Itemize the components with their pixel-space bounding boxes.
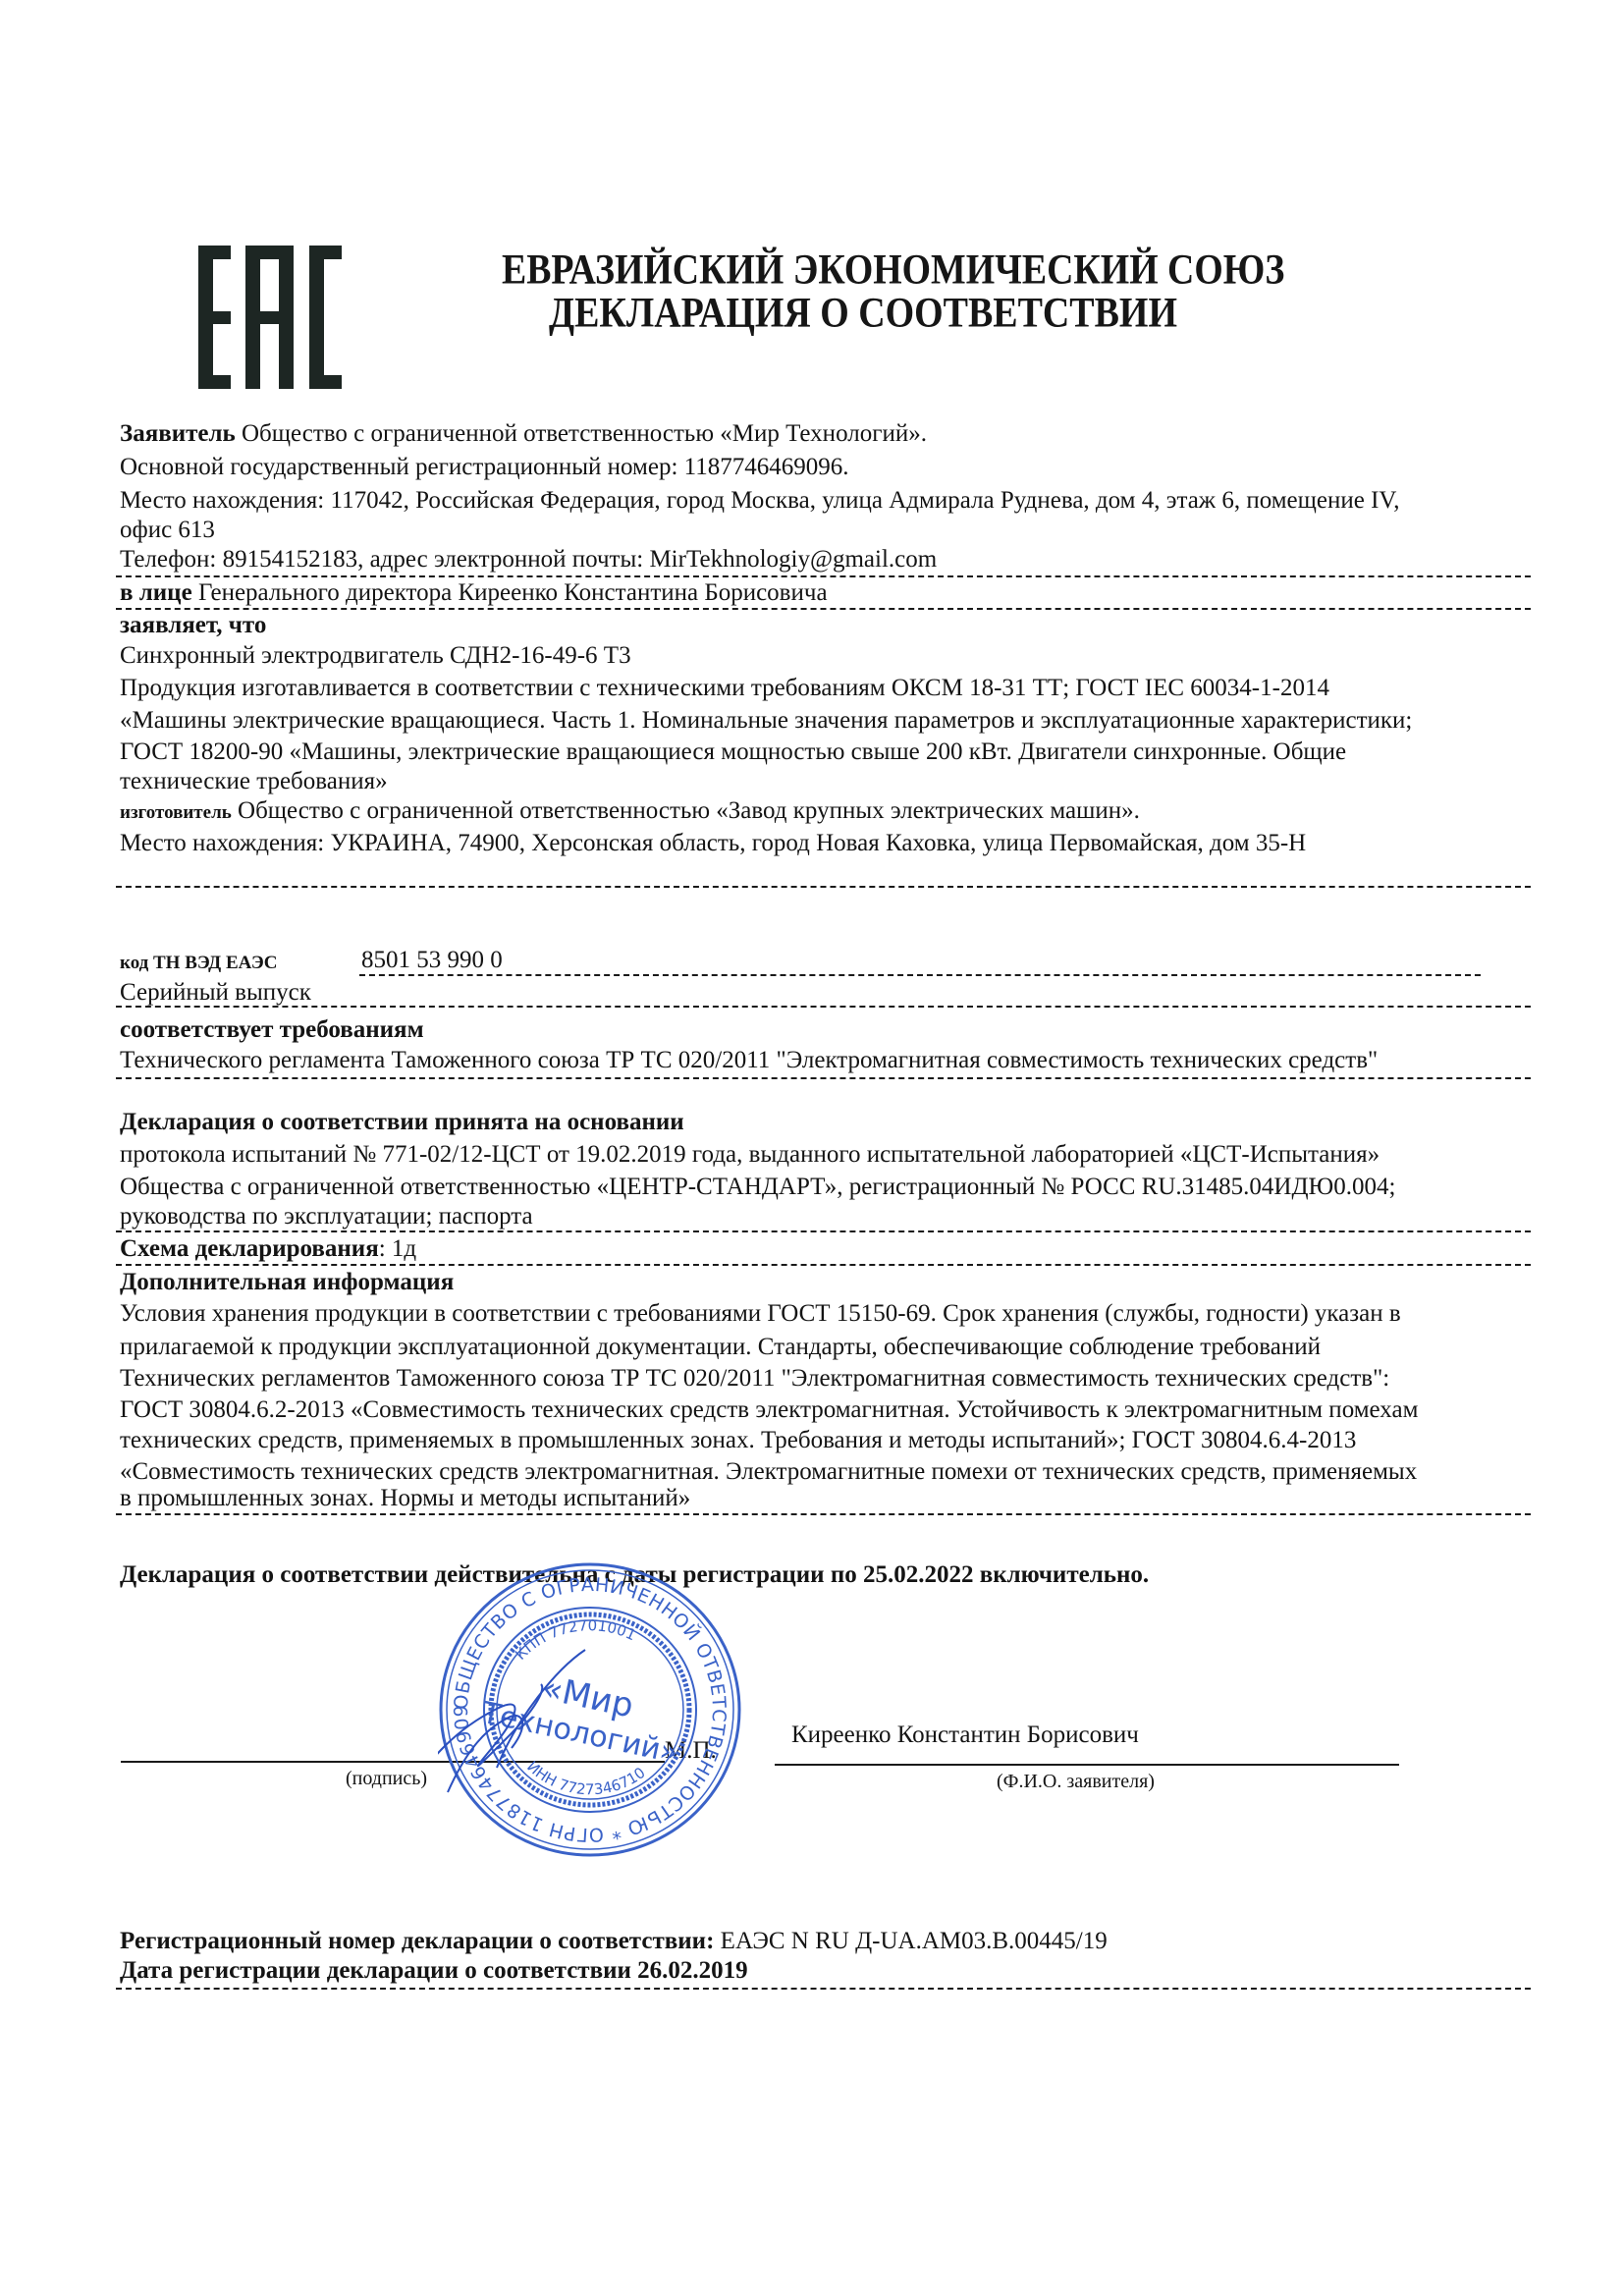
divider — [116, 575, 1531, 577]
scheme-label: Схема декларирования — [120, 1235, 379, 1262]
applicant-address-cont: офис 613 — [120, 516, 215, 545]
manufacturer-label: изготовитель — [120, 802, 232, 823]
representative-value: Генерального директора Киреенко Констант… — [198, 579, 828, 606]
divider — [116, 1264, 1531, 1266]
applicant-ogrn: Основной государственный регистрационный… — [120, 453, 849, 482]
basis-line: руководства по эксплуатации; паспорта — [120, 1202, 533, 1231]
applicant-address: Место нахождения: 117042, Российская Фед… — [120, 486, 1400, 516]
additional-line: ГОСТ 30804.6.2-2013 «Совместимость техни… — [120, 1395, 1418, 1425]
code-underline — [359, 974, 1481, 976]
basis-line: протокола испытаний № 771-02/12-ЦСТ от 1… — [120, 1140, 1380, 1170]
additional-line: в промышленных зонах. Нормы и методы исп… — [120, 1484, 690, 1513]
divider — [116, 886, 1531, 888]
union-title: ЕВРАЗИЙСКИЙ ЭКОНОМИЧЕСКИЙ СОЮЗ — [502, 246, 1284, 293]
code-label: код ТН ВЭД ЕАЭС — [120, 949, 278, 978]
company-stamp: ОБЩЕСТВО С ОГРАНИЧЕННОЙ ОТВЕТСТВЕННОСТЬЮ… — [438, 1561, 742, 1858]
registration-date-line: Дата регистрации декларации о соответств… — [120, 1956, 748, 1986]
name-caption: (Ф.И.О. заявителя) — [997, 1771, 1155, 1793]
representative-label: в лице — [120, 579, 192, 606]
additional-line: Технических регламентов Таможенного союз… — [120, 1364, 1389, 1394]
manufacturer-address: Место нахождения: УКРАИНА, 74900, Херсон… — [120, 829, 1306, 858]
manufacturer-name: Общество с ограниченной ответственностью… — [238, 797, 1140, 824]
registration-number-value: ЕАЭС N RU Д-UA.АМ03.В.00445/19 — [721, 1928, 1108, 1954]
additional-line: Условия хранения продукции в соответстви… — [120, 1299, 1401, 1329]
document-title: ДЕКЛАРАЦИЯ О СООТВЕТСТВИИ — [549, 289, 1177, 336]
scheme-value: : 1д — [379, 1235, 416, 1262]
registration-number-label: Регистрационный номер декларации о соотв… — [120, 1928, 714, 1954]
divider — [116, 1230, 1531, 1232]
applicant-line: Заявитель Общество с ограниченной ответс… — [120, 419, 927, 449]
signer-name: Киреенко Константин Борисович — [791, 1721, 1139, 1750]
registration-date-label: Дата регистрации декларации о соответств… — [120, 1957, 631, 1984]
declares-label: заявляет, что — [120, 611, 266, 640]
registration-date-value: 26.02.2019 — [637, 1957, 748, 1984]
divider — [116, 1513, 1531, 1515]
divider — [116, 1006, 1531, 1008]
applicant-contacts: Телефон: 89154152183, адрес электронной … — [120, 545, 937, 574]
name-line — [775, 1764, 1399, 1766]
applicant-name: Общество с ограниченной ответственностью… — [242, 420, 927, 447]
additional-line: технических средств, применяемых в промы… — [120, 1426, 1356, 1455]
basis-line: Общества с ограниченной ответственностью… — [120, 1173, 1395, 1202]
divider — [116, 1988, 1531, 1990]
product-name: Синхронный электродвигатель СДН2-16-49-6… — [120, 641, 631, 671]
scheme-line: Схема декларирования: 1д — [120, 1234, 416, 1264]
spec-line: «Машины электрические вращающиеся. Часть… — [120, 706, 1412, 736]
additional-label: Дополнительная информация — [120, 1268, 454, 1297]
divider — [116, 608, 1531, 610]
additional-line: «Совместимость технических средств элект… — [120, 1457, 1417, 1487]
manufacturer-line: изготовитель Общество с ограниченной отв… — [120, 796, 1140, 828]
spec-line: технические требования» — [120, 767, 388, 796]
code-value: 8501 53 990 0 — [361, 946, 503, 975]
release-type: Серийный выпуск — [120, 978, 311, 1008]
spec-line: Продукция изготавливается в соответствии… — [120, 674, 1329, 703]
representative-line: в лице Генерального директора Киреенко К… — [120, 578, 828, 608]
additional-line: прилагаемой к продукции эксплуатационной… — [120, 1333, 1321, 1362]
basis-label: Декларация о соответствии принята на осн… — [120, 1108, 684, 1137]
spec-line: ГОСТ 18200-90 «Машины, электрические вра… — [120, 738, 1346, 767]
divider — [116, 1077, 1531, 1079]
registration-number-line: Регистрационный номер декларации о соотв… — [120, 1927, 1108, 1956]
conforms-value: Технического регламента Таможенного союз… — [120, 1046, 1378, 1075]
conforms-label: соответствует требованиям — [120, 1015, 424, 1045]
signature-caption: (подпись) — [346, 1768, 427, 1790]
eac-logo — [198, 246, 342, 389]
applicant-label: Заявитель — [120, 420, 236, 447]
